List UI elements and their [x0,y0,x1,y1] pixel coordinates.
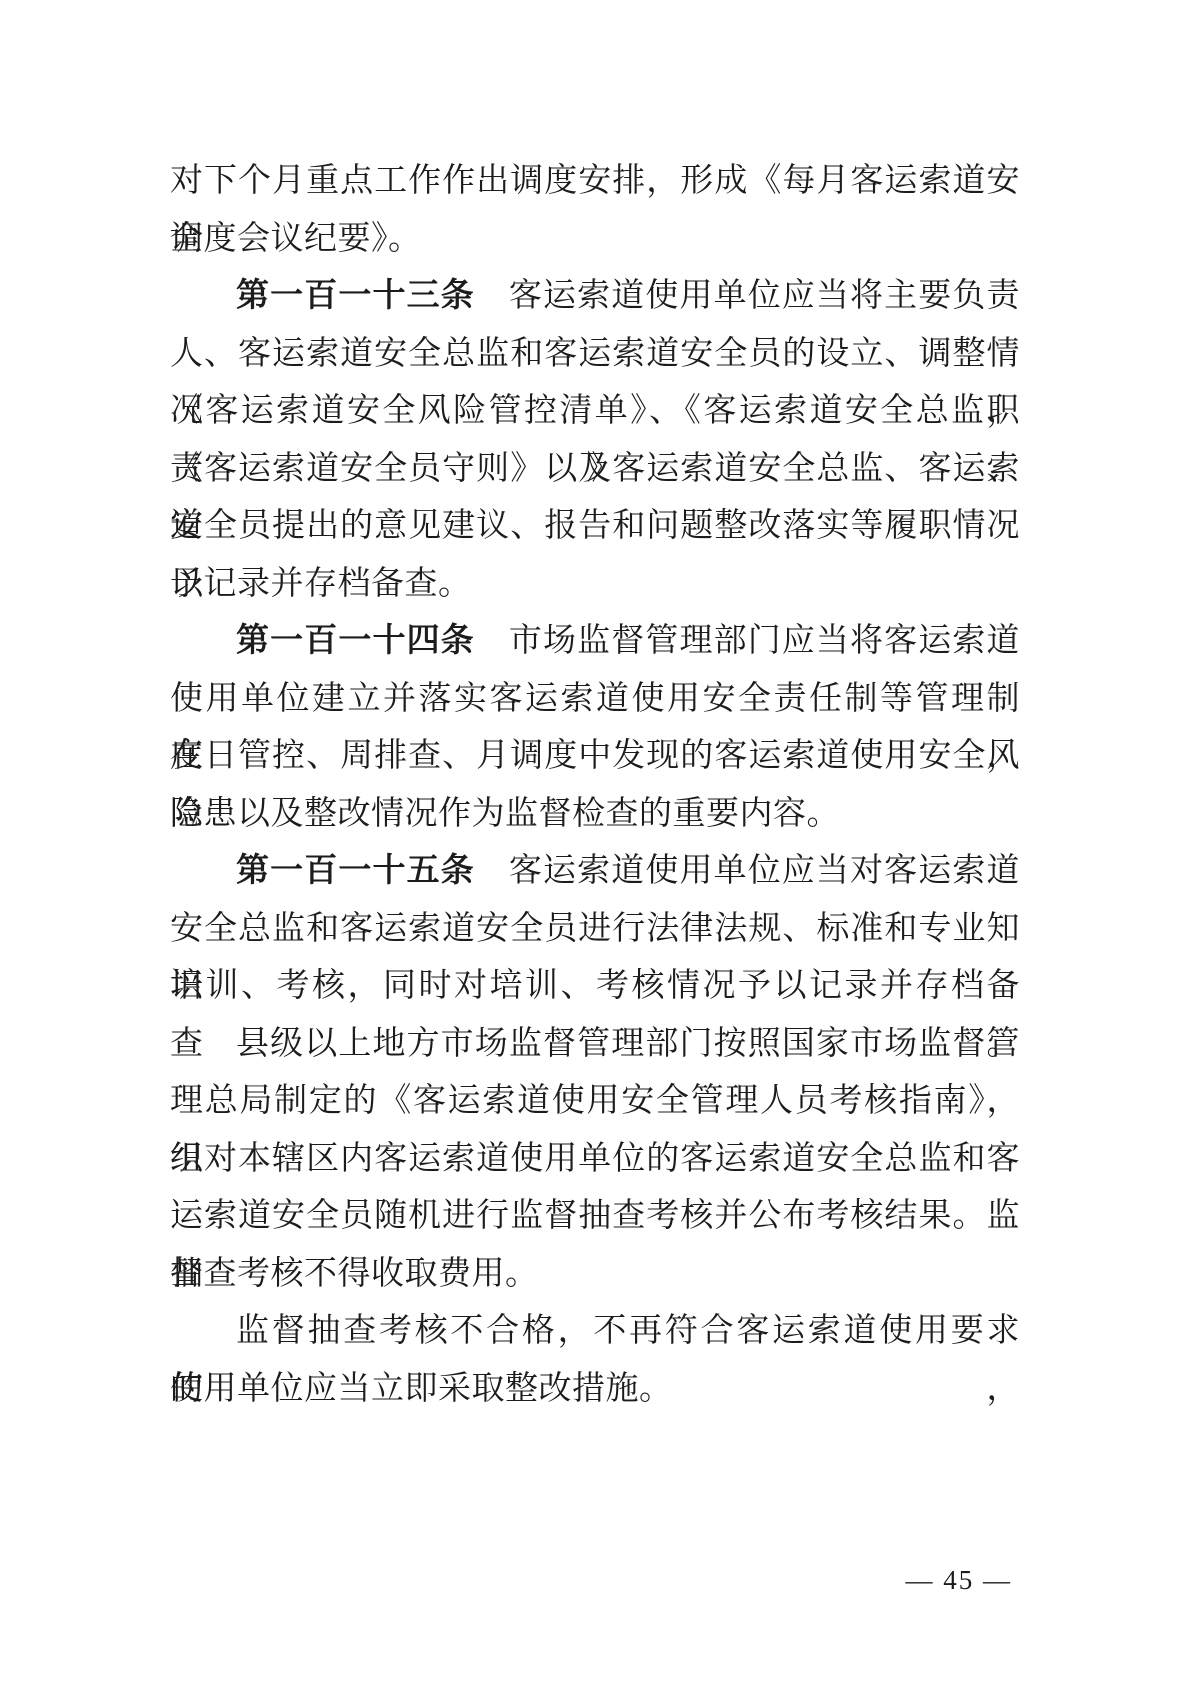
text-line: 监督抽查考核不合格，不再符合客运索道使用要求的， [170,1303,1020,1361]
text-line: 隐患以及整改情况作为监督检查的重要内容。 [170,786,1020,844]
text-segment: 织对本辖区内客运索道使用单位的客运索道安全总监和客 [170,1141,1020,1177]
text-line: 安全员提出的意见建议、报告和问题整改落实等履职情况予 [170,498,1020,556]
text-line: 安全总监和客运索道安全员进行法律法规、标准和专业知识 [170,901,1020,959]
article-number: 第一百一十三条 [236,278,475,314]
text-segment: 抽查考核不得收取费用。 [170,1256,539,1292]
text-line: 对下个月重点工作作出调度安排，形成《每月客运索道安全 [170,153,1020,211]
text-line: 在日管控、周排查、月调度中发现的客运索道使用安全风险 [170,728,1020,786]
text-segment: 客运索道使用单位应当将主要负责 [475,278,1020,314]
text-segment: 县级以上地方市场监督管理部门按照国家市场监督管 [236,1026,1020,1062]
document-text-block: 对下个月重点工作作出调度安排，形成《每月客运索道安全调度会议纪要》。第一百一十三… [170,153,1020,1418]
text-segment: 调度会议纪要》。 [170,221,422,257]
text-line: 第一百一十四条 市场监督管理部门应当将客运索道 [170,613,1020,671]
text-line: 第一百一十三条 客运索道使用单位应当将主要负责 [170,268,1020,326]
text-line: 理总局制定的《客运索道使用安全管理人员考核指南》，组 [170,1073,1020,1131]
page-number: — 45 — [906,1563,1013,1597]
text-segment: 使用单位应当立即采取整改措施。 [170,1371,673,1407]
text-segment: 市场监督管理部门应当将客运索道 [475,623,1020,659]
article-number: 第一百一十五条 [236,853,475,889]
text-line: 运索道安全员随机进行监督抽查考核并公布考核结果。监督 [170,1188,1020,1246]
text-line: 县级以上地方市场监督管理部门按照国家市场监督管 [170,1016,1020,1074]
text-segment: 隐患以及整改情况作为监督检查的重要内容。 [170,796,840,832]
text-segment: 客运索道使用单位应当对客运索道 [475,853,1020,889]
text-line: 培训、考核，同时对培训、考核情况予以记录并存档备查。 [170,958,1020,1016]
document-page: 对下个月重点工作作出调度安排，形成《每月客运索道安全调度会议纪要》。第一百一十三… [0,0,1190,1683]
text-line: 第一百一十五条 客运索道使用单位应当对客运索道 [170,843,1020,901]
text-line: 《客运索道安全员守则》以及客运索道安全总监、客运索道 [170,441,1020,499]
text-line: 《客运索道安全风险管控清单》、《客运索道安全总监职责》、 [170,383,1020,441]
text-segment: 以记录并存档备查。 [170,566,472,602]
text-line: 以记录并存档备查。 [170,556,1020,614]
article-number: 第一百一十四条 [236,623,475,659]
text-line: 调度会议纪要》。 [170,211,1020,269]
text-line: 使用单位建立并落实客运索道使用安全责任制等管理制度， [170,671,1020,729]
text-line: 人、客运索道安全总监和客运索道安全员的设立、调整情况， [170,326,1020,384]
text-line: 抽查考核不得收取费用。 [170,1246,1020,1304]
text-line: 织对本辖区内客运索道使用单位的客运索道安全总监和客 [170,1131,1020,1189]
